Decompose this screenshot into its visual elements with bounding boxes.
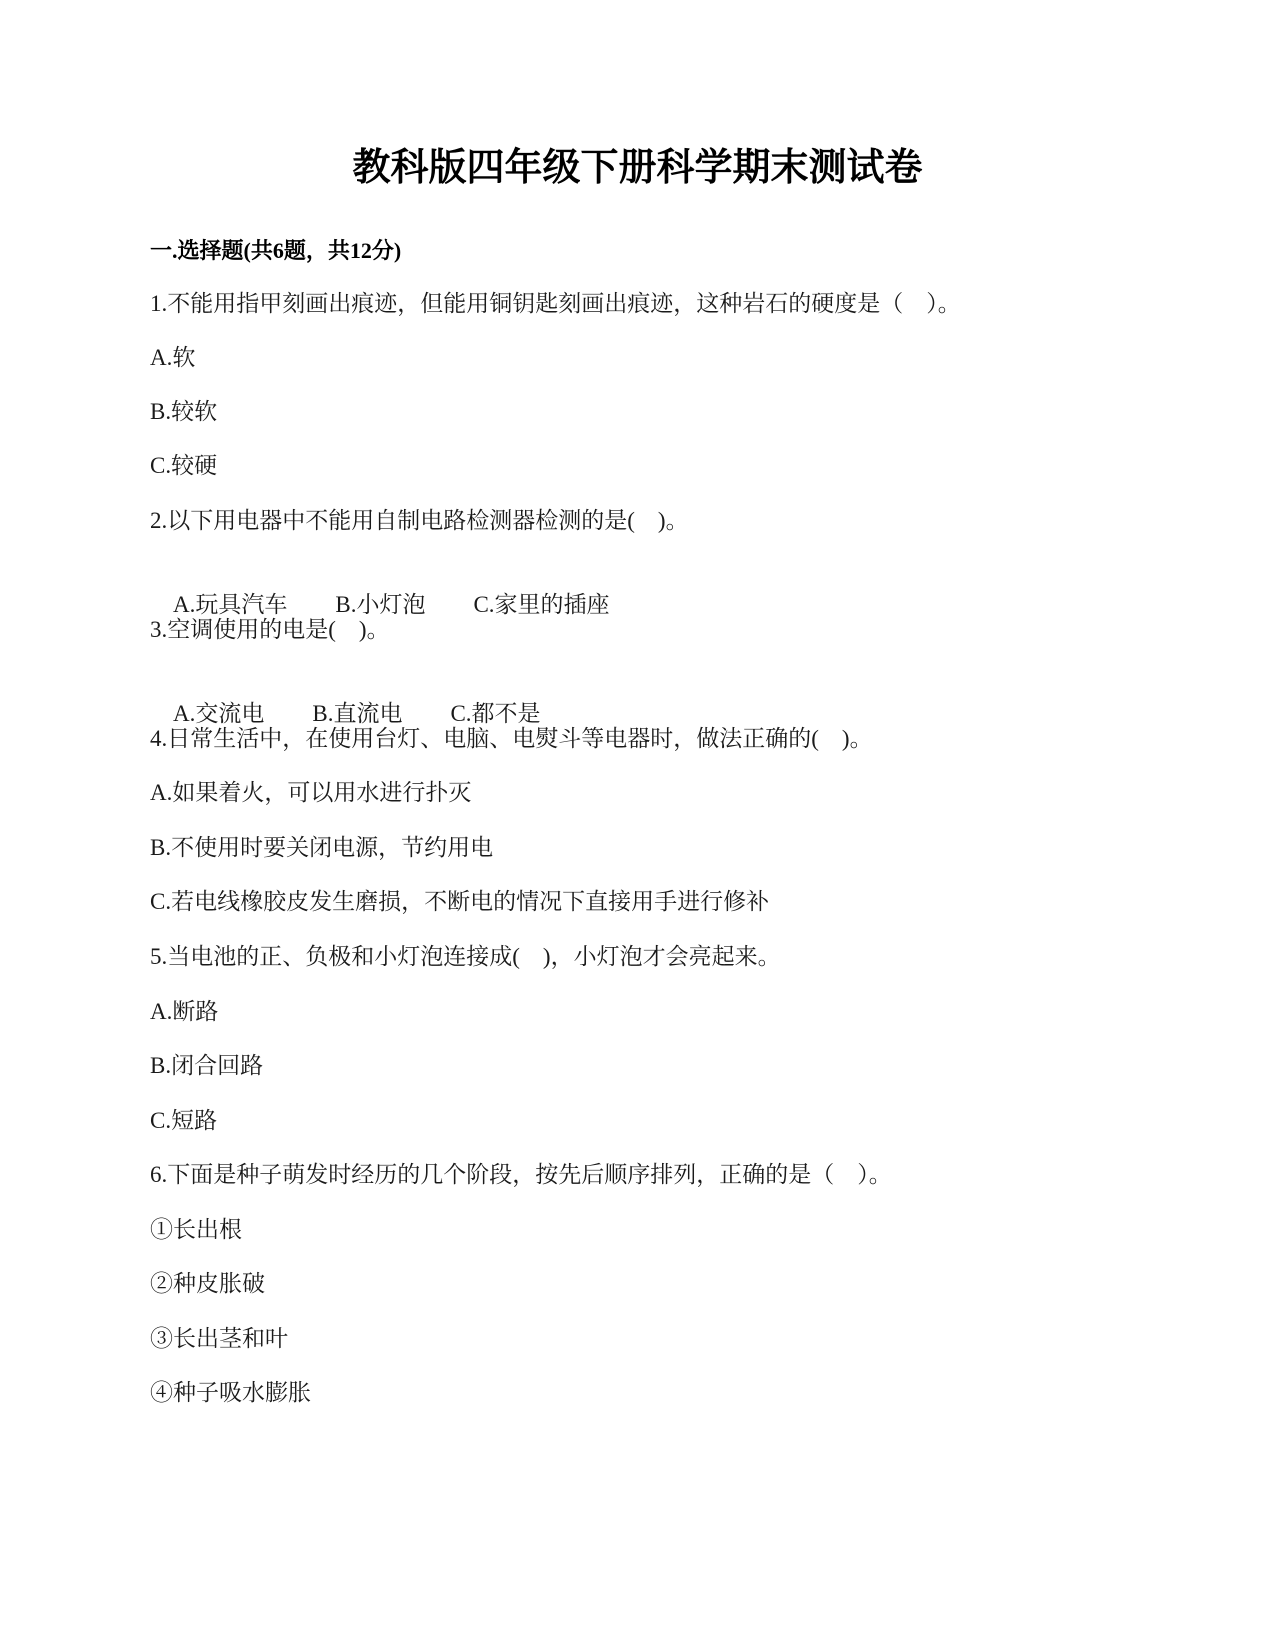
question-5-option-c: C.短路 [150, 1106, 217, 1136]
question-5-text: 5.当电池的正、负极和小灯泡连接成( )，小灯泡才会亮起来。 [150, 942, 781, 972]
question-6-item-1: ①长出根 [150, 1215, 242, 1245]
question-6-text: 6.下面是种子萌发时经历的几个阶段，按先后顺序排列，正确的是（ ）。 [150, 1160, 892, 1190]
question-1-option-a: A.软 [150, 343, 195, 373]
question-6-item-3: ③长出茎和叶 [150, 1324, 288, 1354]
question-1-option-b: B.较软 [150, 397, 217, 427]
question-4-option-c: C.若电线橡胶皮发生磨损，不断电的情况下直接用手进行修补 [150, 887, 769, 917]
question-1-option-c: C.较硬 [150, 451, 217, 481]
question-6-item-2: ②种皮胀破 [150, 1269, 265, 1299]
exam-page: 教科版四年级下册科学期末测试卷 一.选择题(共6题，共12分) 1.不能用指甲刻… [0, 0, 1275, 1650]
question-2-text: 2.以下用电器中不能用自制电路检测器检测的是( )。 [150, 506, 689, 536]
question-4-text: 4.日常生活中，在使用台灯、电脑、电熨斗等电器时，做法正确的( )。 [150, 724, 873, 754]
question-4-option-b: B.不使用时要关闭电源，节约用电 [150, 833, 493, 863]
question-5-option-b: B.闭合回路 [150, 1051, 263, 1081]
question-4-option-a: A.如果着火，可以用水进行扑灭 [150, 778, 471, 808]
section-heading-multiple-choice: 一.选择题(共6题，共12分) [150, 236, 401, 266]
question-5-option-a: A.断路 [150, 997, 218, 1027]
question-3-text: 3.空调使用的电是( )。 [150, 615, 390, 645]
question-2-option-c: C.家里的插座 [473, 590, 609, 620]
document-title: 教科版四年级下册科学期末测试卷 [0, 143, 1275, 193]
question-6-item-4: ④种子吸水膨胀 [150, 1378, 311, 1408]
question-1-text: 1.不能用指甲刻画出痕迹，但能用铜钥匙刻画出痕迹，这种岩石的硬度是（ ）。 [150, 289, 961, 319]
